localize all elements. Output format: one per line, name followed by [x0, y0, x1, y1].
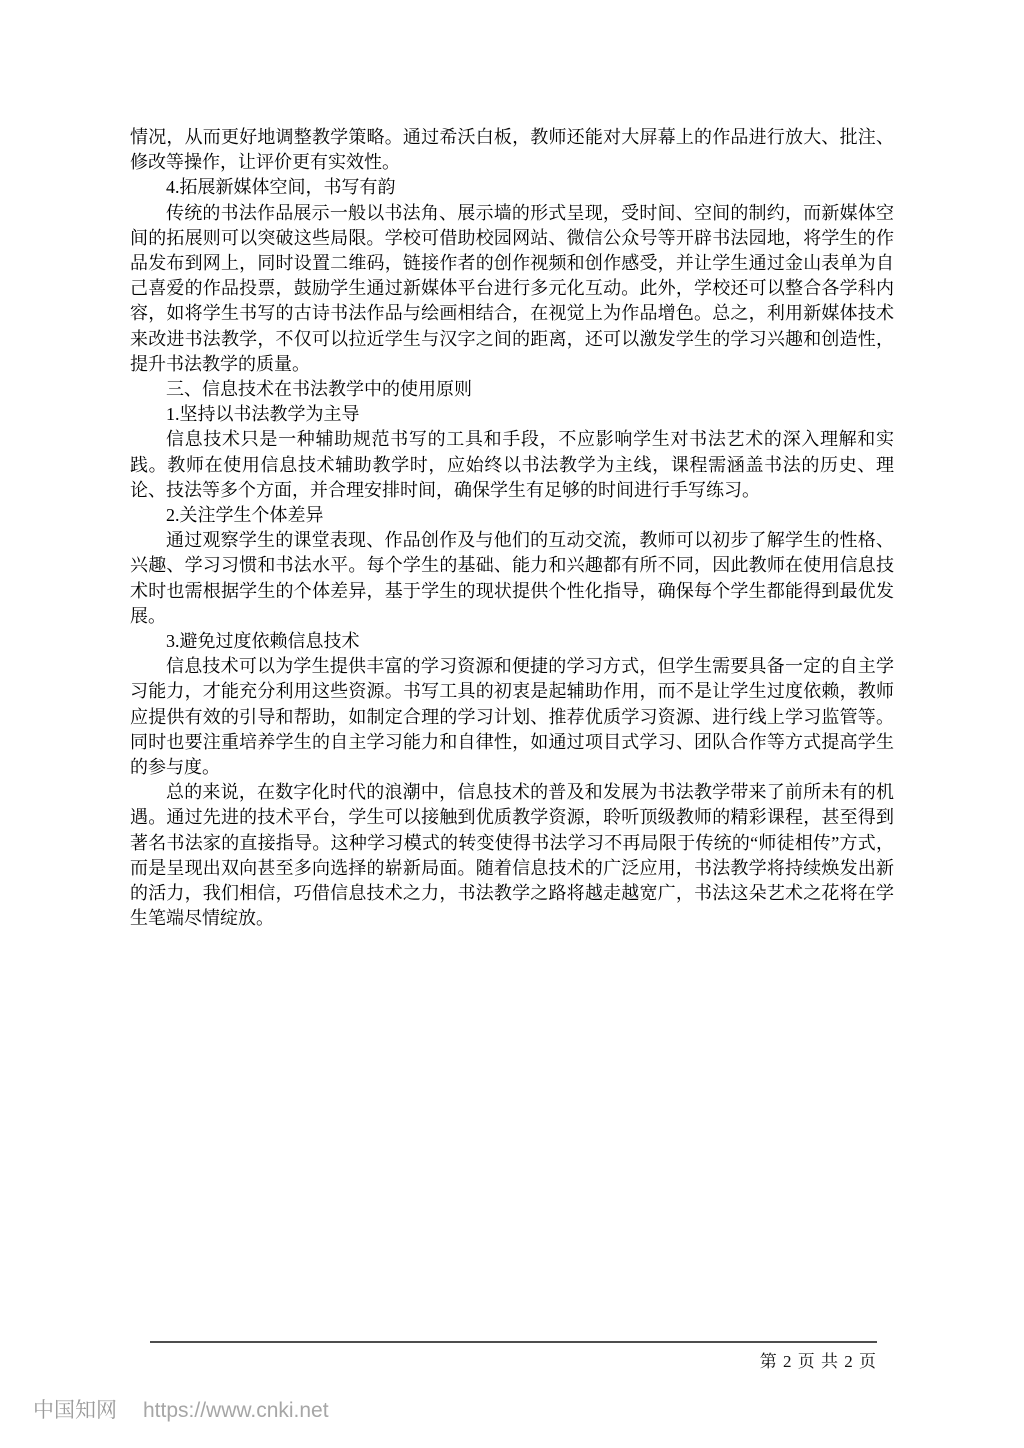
paragraph: 传统的书法作品展示一般以书法角、展示墙的形式呈现，受时间、空间的制约，而新媒体空… — [130, 201, 894, 377]
cnki-site-name: 中国知网 — [33, 1399, 117, 1422]
footer-divider — [150, 1341, 877, 1343]
section-heading-3: 三、信息技术在书法教学中的使用原则 — [130, 377, 894, 402]
paragraph: 信息技术只是一种辅助规范书写的工具和手段，不应影响学生对书法艺术的深入理解和实践… — [130, 427, 894, 503]
subheading-2: 2.关注学生个体差异 — [130, 503, 894, 528]
cnki-url: https://www.cnki.net — [143, 1399, 329, 1422]
paragraph-continuation: 情况，从而更好地调整教学策略。通过希沃白板，教师还能对大屏幕上的作品进行放大、批… — [130, 125, 894, 175]
document-body: 情况，从而更好地调整教学策略。通过希沃白板，教师还能对大屏幕上的作品进行放大、批… — [130, 125, 894, 932]
paragraph: 通过观察学生的课堂表现、作品创作及与他们的互动交流，教师可以初步了解学生的性格、… — [130, 528, 894, 629]
heading-item-4: 4.拓展新媒体空间，书写有韵 — [130, 175, 894, 200]
paragraph-conclusion: 总的来说，在数字化时代的浪潮中，信息技术的普及和发展为书法教学带来了前所未有的机… — [130, 780, 894, 931]
paragraph: 信息技术可以为学生提供丰富的学习资源和便捷的学习方式，但学生需要具备一定的自主学… — [130, 654, 894, 780]
subheading-3: 3.避免过度依赖信息技术 — [130, 629, 894, 654]
subheading-1: 1.坚持以书法教学为主导 — [130, 402, 894, 427]
document-page: 情况，从而更好地调整教学策略。通过希沃白板，教师还能对大屏幕上的作品进行放大、批… — [0, 0, 1024, 1448]
cnki-watermark: 中国知网https://www.cnki.net — [33, 1394, 329, 1424]
page-number: 第 2 页 共 2 页 — [150, 1347, 877, 1372]
